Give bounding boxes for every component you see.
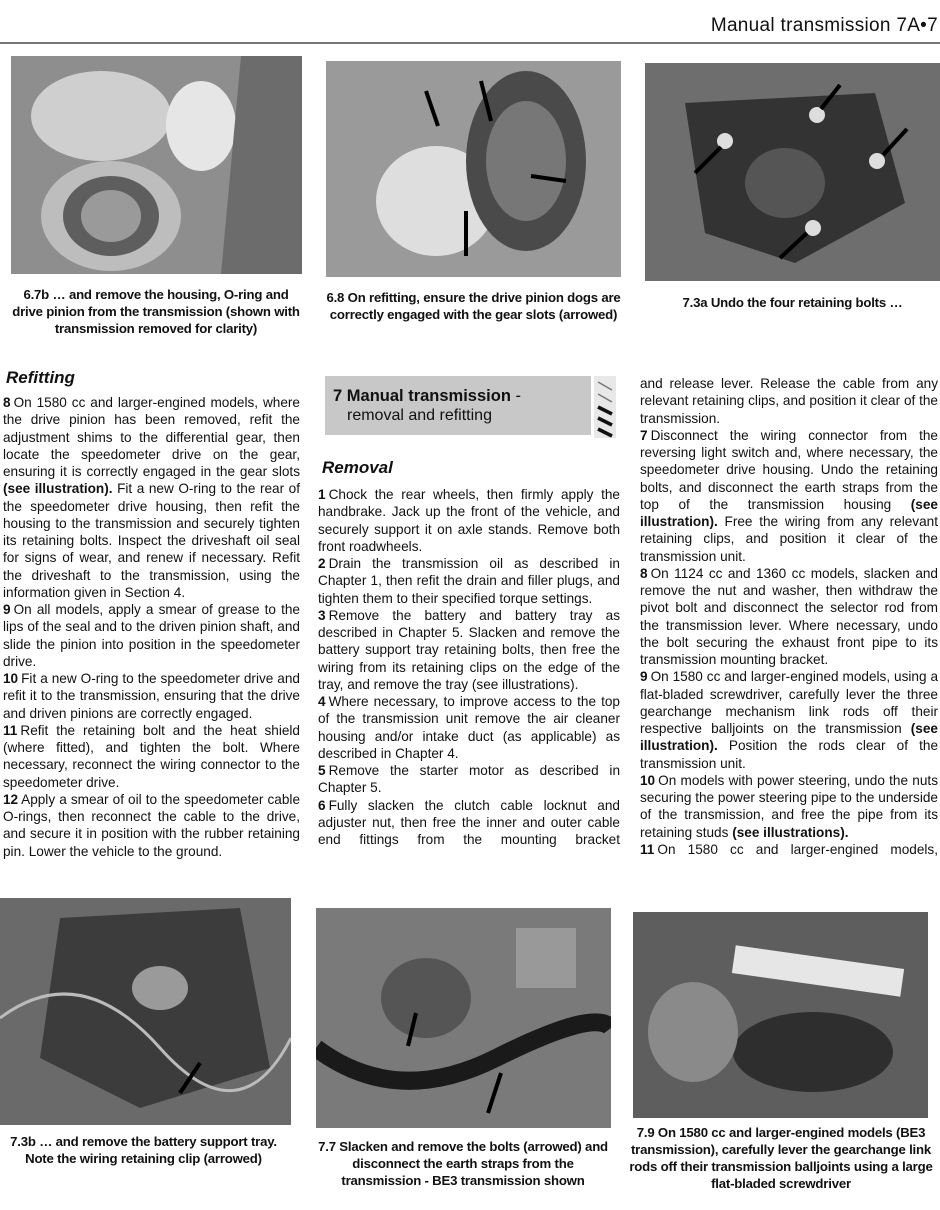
photo-7-9	[633, 912, 928, 1118]
paragraph-6-continuation: and release lever. Release the cable fro…	[640, 375, 938, 427]
paragraph-11: 11Refit the retaining bolt and the heat …	[3, 722, 300, 791]
paragraph-9b: 9On 1580 cc and larger-engined models, u…	[640, 668, 938, 772]
paragraph-5: 5Remove the starter motor as described i…	[318, 762, 620, 797]
caption-7-9: 7.9 On 1580 cc and larger-engined models…	[626, 1124, 936, 1192]
refitting-text: 8On 1580 cc and larger-engined models, w…	[3, 394, 300, 860]
spanner-difficulty-rating-icon	[594, 376, 616, 438]
photo-7-3a	[645, 63, 940, 281]
caption-7-3b: 7.3b … and remove the battery support tr…	[0, 1133, 287, 1167]
paragraph-1: 1Chock the rear wheels, then firmly appl…	[318, 486, 620, 555]
paragraph-3: 3Remove the battery and battery tray as …	[318, 607, 620, 693]
header-rule	[0, 42, 940, 44]
caption-7-3a: 7.3a Undo the four retaining bolts …	[645, 294, 940, 311]
subheading-removal: Removal	[322, 458, 393, 478]
photo-7-7	[316, 908, 611, 1128]
paragraph-4: 4Where necessary, to improve access to t…	[318, 693, 620, 762]
paragraph-10b: 10On models with power steering, undo th…	[640, 772, 938, 841]
paragraph-11b: 11On 1580 cc and larger-engined models,	[640, 841, 938, 858]
paragraph-6: 6Fully slacken the clutch cable locknut …	[318, 797, 620, 849]
removal-text: 1Chock the rear wheels, then firmly appl…	[318, 486, 620, 848]
section-7-header: 7 Manual transmission - removal and refi…	[325, 376, 591, 435]
caption-7-7: 7.7 Slacken and remove the bolts (arrowe…	[313, 1138, 613, 1189]
photo-7-3b	[0, 898, 291, 1125]
subheading-refitting: Refitting	[6, 368, 75, 388]
section-title: 7 Manual transmission -	[333, 387, 521, 406]
photo-6-8	[326, 61, 621, 277]
paragraph-8b: 8On 1124 cc and 1360 cc models, slacken …	[640, 565, 938, 669]
paragraph-12: 12Apply a smear of oil to the speedomete…	[3, 791, 300, 860]
caption-6-7b: 6.7b … and remove the housing, O-ring an…	[8, 286, 304, 337]
paragraph-8: 8On 1580 cc and larger-engined models, w…	[3, 394, 300, 601]
paragraph-2: 2Drain the transmission oil as described…	[318, 555, 620, 607]
caption-6-8: 6.8 On refitting, ensure the drive pinio…	[326, 289, 621, 323]
paragraph-7: 7Disconnect the wiring connector from th…	[640, 427, 938, 565]
section-subtitle: removal and refitting	[347, 407, 492, 425]
photo-6-7b	[11, 56, 302, 274]
column-3-text: and release lever. Release the cable fro…	[640, 375, 938, 858]
paragraph-9: 9On all models, apply a smear of grease …	[3, 601, 300, 670]
running-header: Manual transmission 7A•7	[711, 15, 938, 37]
paragraph-10: 10Fit a new O-ring to the speedometer dr…	[3, 670, 300, 722]
